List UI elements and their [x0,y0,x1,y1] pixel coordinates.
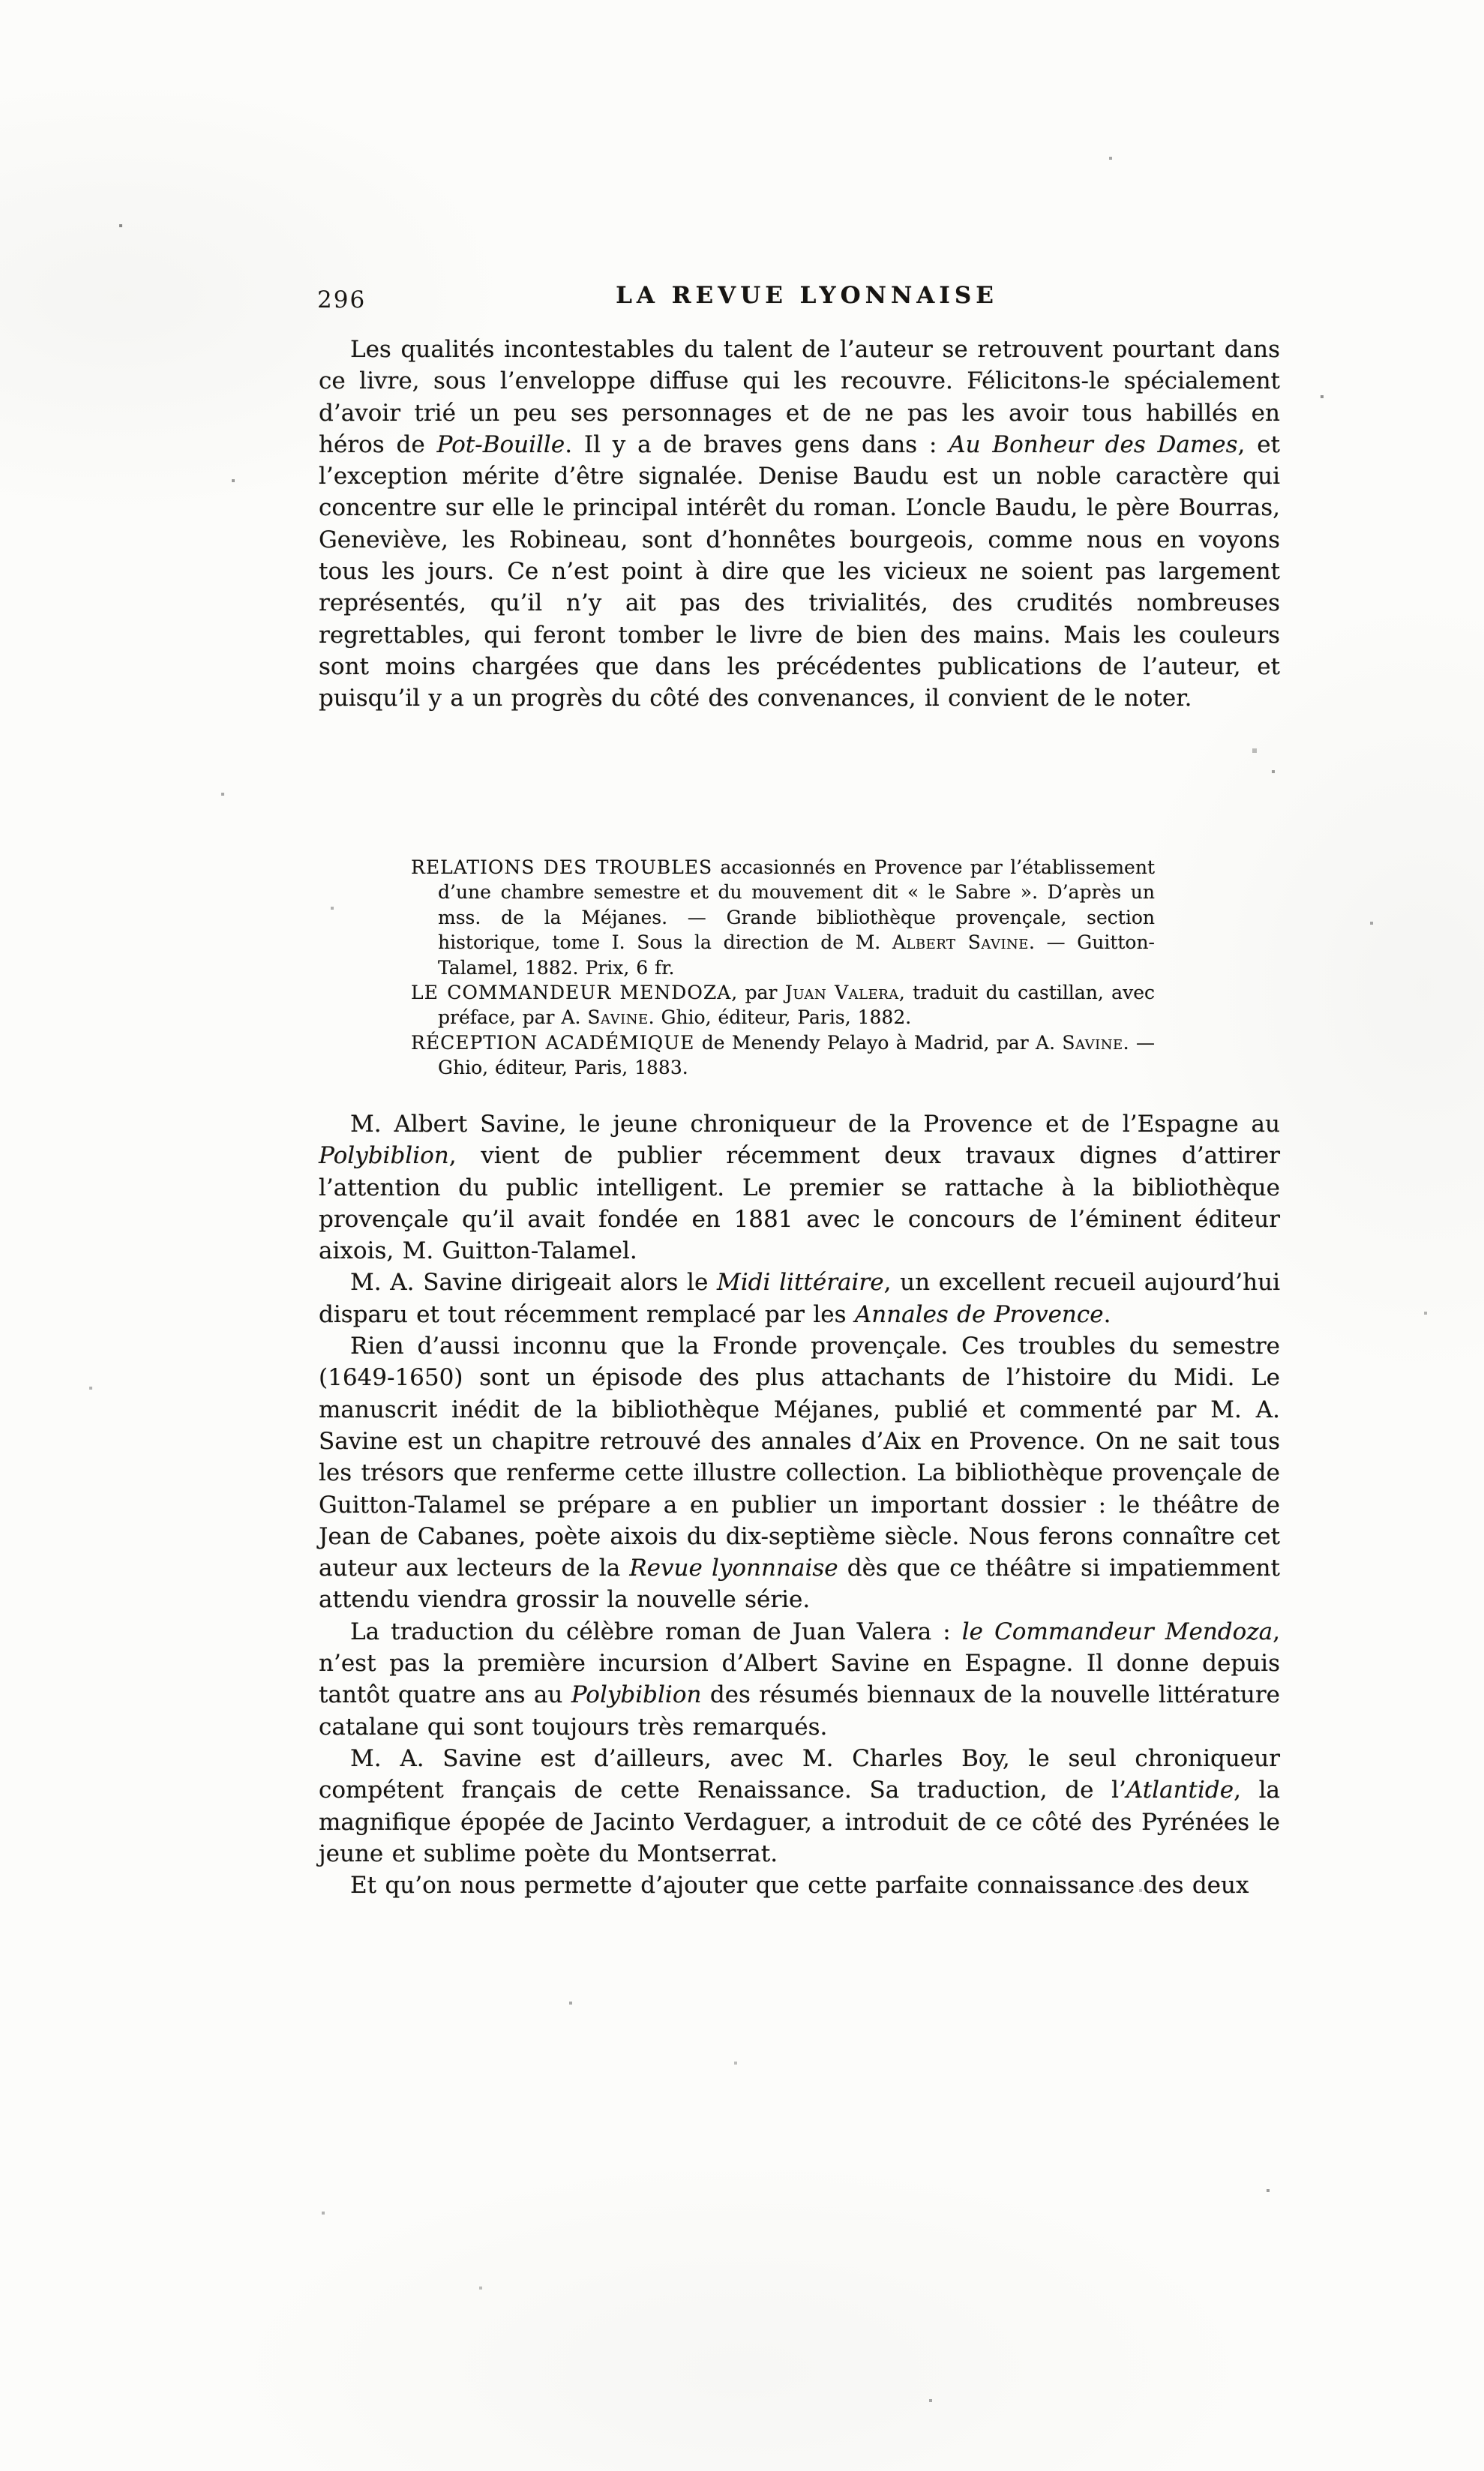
text-run: RÉCEPTION ACADÉMIQUE [411,1032,694,1054]
journal-title: LA REVUE LYONNAISE [319,282,1295,309]
text-run: Juan Valera [785,982,899,1003]
paragraph: Rien d’aussi inconnu que la Fronde prove… [319,1330,1280,1616]
text-run: Savine [587,1006,648,1028]
text-run: le Commandeur Mendoza [962,1618,1273,1645]
text-run: M. Albert Savine, le jeune chroniqueur d… [350,1111,1280,1138]
text-run: . Ghio, éditeur, Paris, 1882. [649,1006,912,1028]
scan-noise [0,0,1,1]
text-run: . Il y a de braves gens dans : [565,431,949,458]
text-run: , et l’exception mérite d’être signalée.… [319,431,1280,712]
text-run: , vient de publier récemment deux travau… [319,1142,1280,1264]
text-run: . [1104,1301,1111,1328]
text-run: Midi littéraire [717,1269,884,1296]
text-run: , par [731,982,785,1003]
text-run: Revue lyonnnaise [629,1555,838,1582]
paragraph: M. Albert Savine, le jeune chroniqueur d… [319,1108,1280,1267]
text-run: Annales de Provence [855,1301,1104,1328]
paragraph: Les qualités incontestables du talent de… [319,334,1280,715]
text-run: Savine [1062,1032,1123,1054]
paragraph: La traduction du célèbre roman de Juan V… [319,1616,1280,1743]
text-run: Rien d’aussi inconnu que la Fronde prove… [319,1333,1280,1582]
paragraph: M. A. Savine est d’ailleurs, avec M. Cha… [319,1743,1280,1870]
text-run: Albert Savine [892,931,1029,953]
text-run: Polybiblion [571,1681,702,1708]
article-body-block: M. Albert Savine, le jeune chroniqueur d… [319,1108,1280,1901]
bibliography-block: RELATIONS DES TROUBLES accasionnés en Pr… [411,855,1155,1081]
page-header: 296 LA REVUE LYONNAISE [319,282,1280,318]
text-run: Polybiblion [319,1142,449,1169]
text-run: La traduction du célèbre roman de Juan V… [350,1618,962,1645]
paragraph: RÉCEPTION ACADÉMIQUE de Menendy Pelayo à… [411,1030,1155,1081]
scanned-page: 296 LA REVUE LYONNAISE Les qualités inco… [0,0,1484,2471]
text-run: Et qu’on nous permette d’ajouter que cet… [350,1872,1249,1899]
paragraph: M. A. Savine dirigeait alors le Midi lit… [319,1267,1280,1330]
text-run: RELATIONS DES TROUBLES [411,856,712,878]
paragraph: LE COMMANDEUR MENDOZA, par Juan Valera, … [411,980,1155,1030]
opening-paragraph-block: Les qualités incontestables du talent de… [319,334,1280,715]
text-run: LE COMMANDEUR MENDOZA [411,982,731,1003]
text-run: M. A. Savine dirigeait alors le [350,1269,717,1296]
text-run: Pot-Bouille [437,431,565,458]
text-run: Atlantide [1126,1777,1234,1804]
paragraph: RELATIONS DES TROUBLES accasionnés en Pr… [411,855,1155,980]
text-run: Au Bonheur des Dames [949,431,1237,458]
paragraph: Et qu’on nous permette d’ajouter que cet… [319,1870,1280,1901]
text-run: de Menendy Pelayo à Madrid, par A. [694,1032,1062,1054]
